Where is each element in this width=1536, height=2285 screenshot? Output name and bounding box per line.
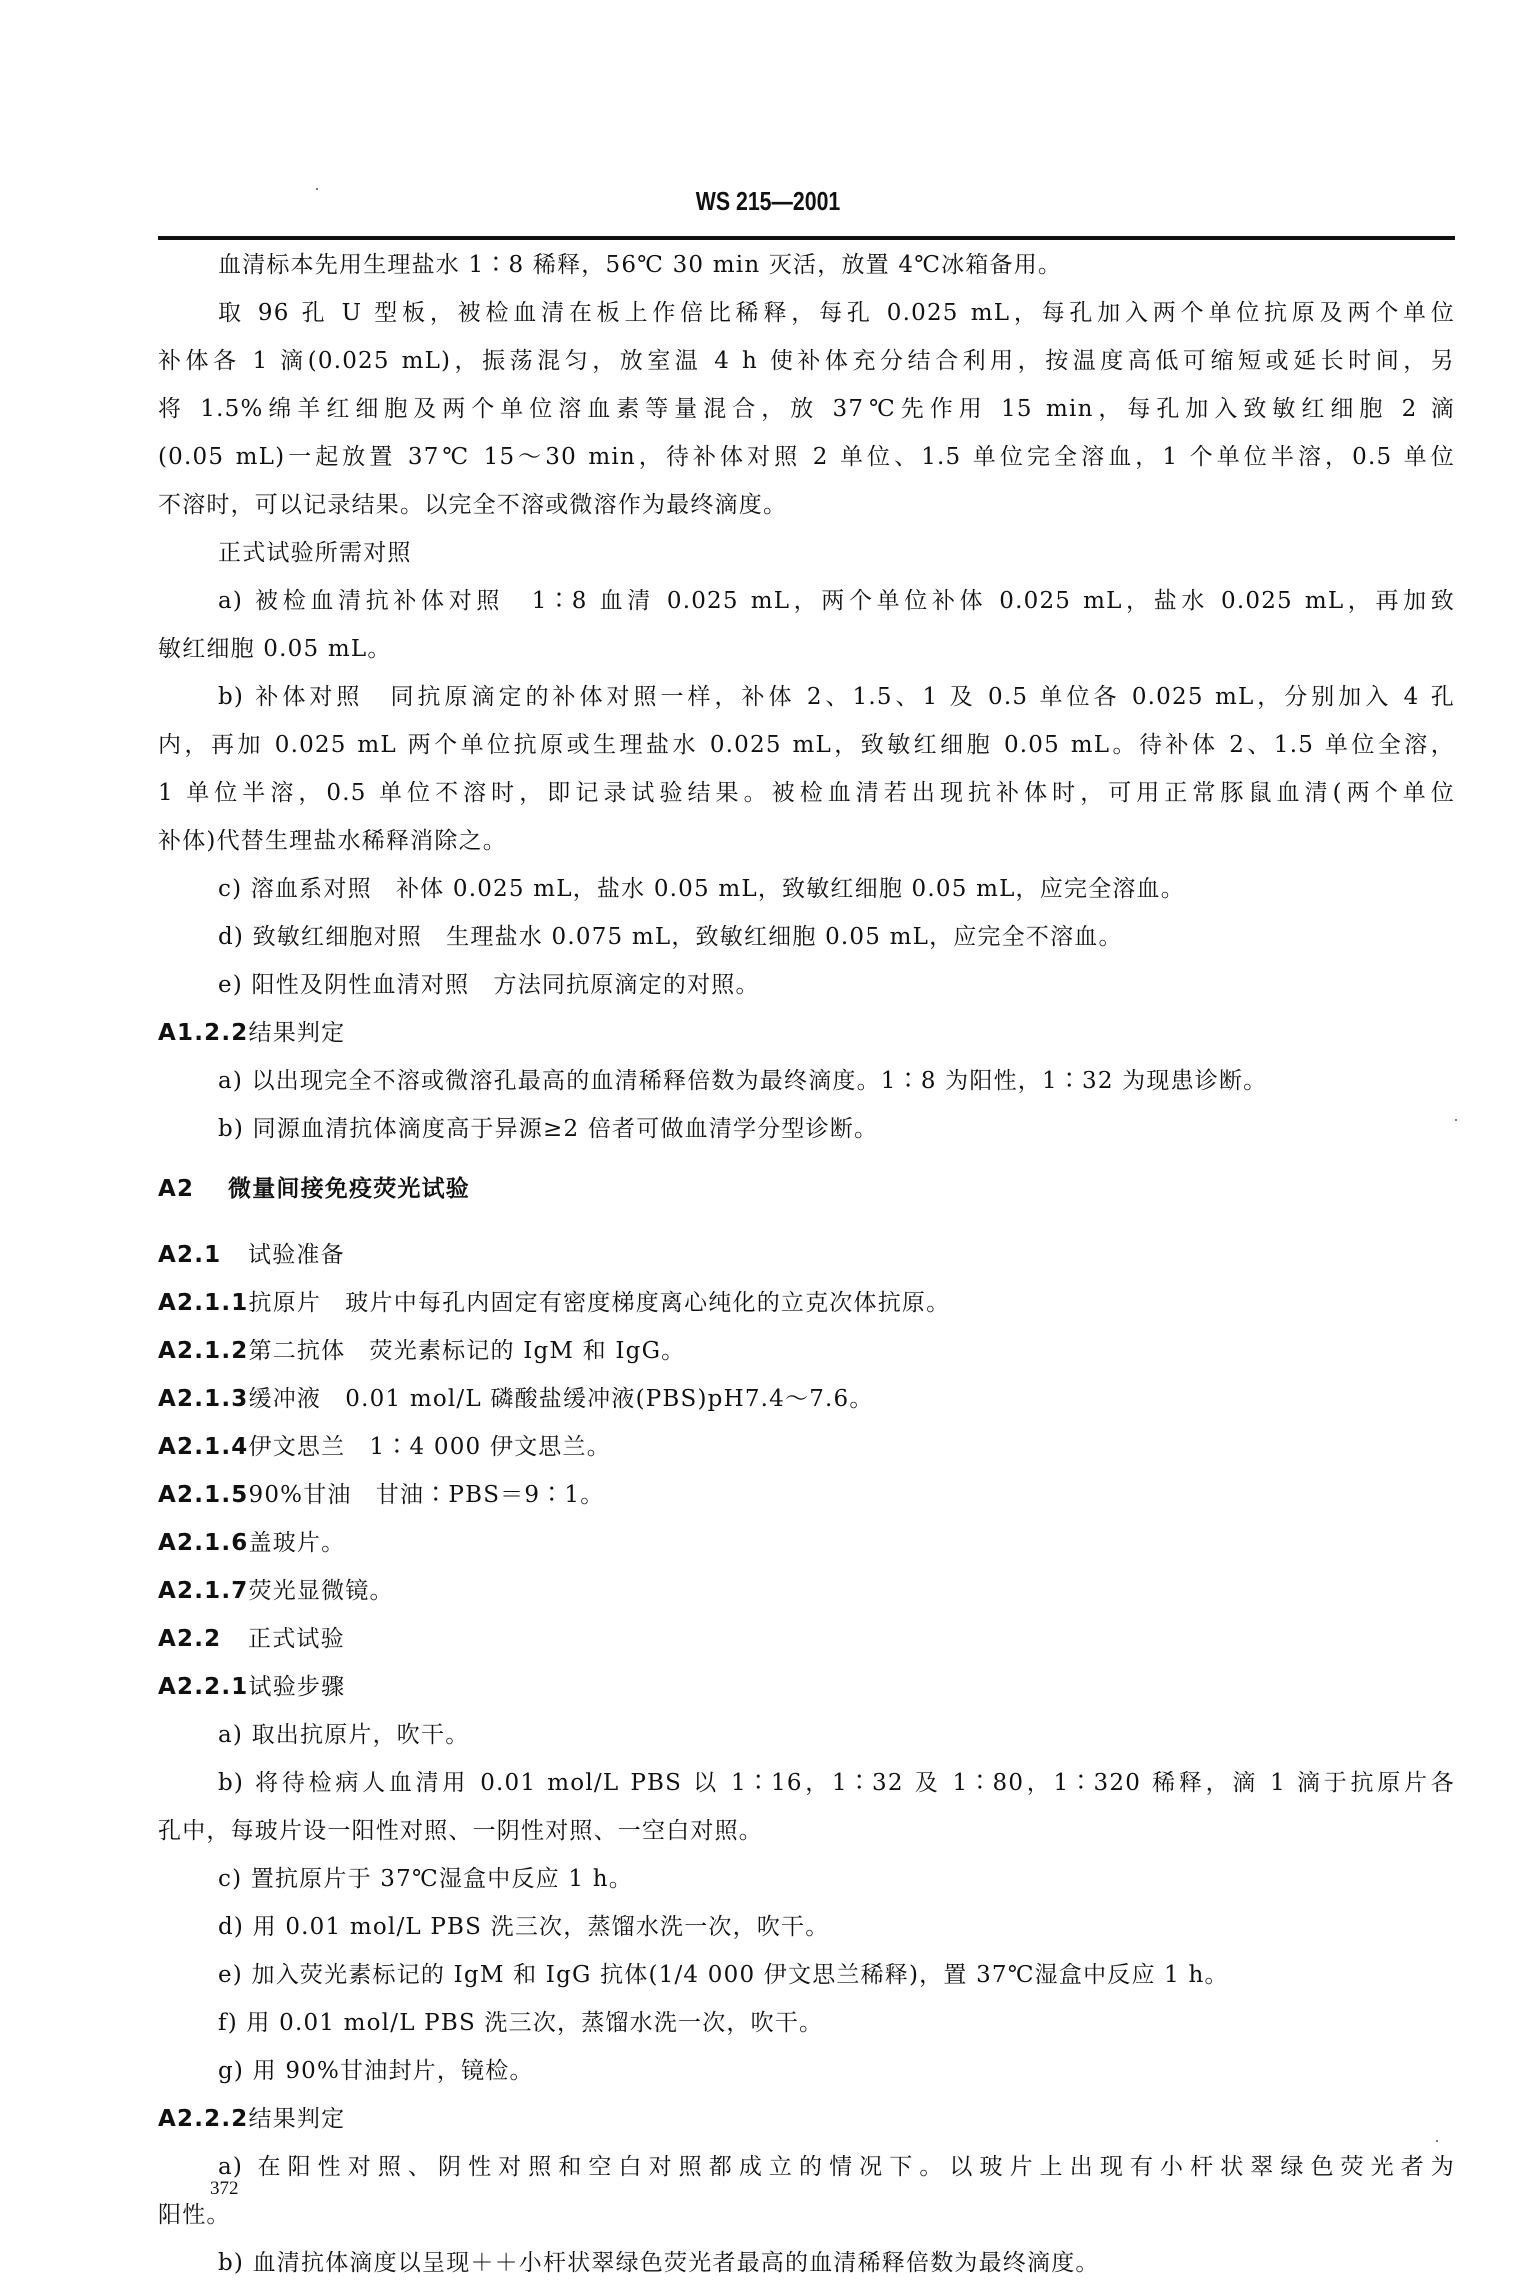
section-a2-1-heading: A2.1试验准备 bbox=[158, 1240, 1455, 1270]
result-a2-a-line-2: 阳性。 bbox=[158, 2200, 1455, 2230]
result-a1-b: b) 同源血清抗体滴度高于异源≥2 倍者可做血清学分型诊断。 bbox=[218, 1114, 1455, 1144]
section-number: A2.1 bbox=[158, 1240, 248, 1270]
section-a2-1-6: A2.1.6盖玻片。 bbox=[158, 1528, 1455, 1558]
step-e: e) 加入荧光素标记的 IgM 和 IgG 抗体(1/4 000 伊文思兰稀释)… bbox=[218, 1960, 1455, 1990]
paragraph-plate-procedure-line-1: 取 96 孔 U 型板，被检血清在板上作倍比稀释，每孔 0.025 mL，每孔加… bbox=[218, 298, 1455, 328]
section-number: A2.1.1 bbox=[158, 1288, 249, 1318]
section-a2-1-3: A2.1.3缓冲液 0.01 mol/L 磷酸盐缓冲液(PBS)pH7.4～7.… bbox=[158, 1384, 1455, 1414]
page-number: 372 bbox=[210, 2178, 239, 2200]
section-number: A2.1.5 bbox=[158, 1480, 249, 1510]
section-number: A2.2.2 bbox=[158, 2104, 249, 2134]
control-b-line-2: 内，再加 0.025 mL 两个单位抗原或生理盐水 0.025 mL，致敏红细胞… bbox=[158, 730, 1455, 760]
section-a2-2-2-heading: A2.2.2结果判定 bbox=[158, 2104, 1455, 2134]
section-text: 抗原片 玻片中每孔内固定有密度梯度离心纯化的立克次体抗原。 bbox=[249, 1290, 951, 1316]
scan-speck bbox=[316, 188, 318, 190]
control-b-line-3: 1 单位半溶，0.5 单位不溶时，即记录试验结果。被检血清若出现抗补体时，可用正… bbox=[158, 778, 1455, 808]
section-a2-1-1: A2.1.1抗原片 玻片中每孔内固定有密度梯度离心纯化的立克次体抗原。 bbox=[158, 1288, 1455, 1318]
step-c: c) 置抗原片于 37℃湿盒中反应 1 h。 bbox=[218, 1864, 1455, 1894]
section-a2-1-5: A2.1.590%甘油 甘油∶PBS＝9∶1。 bbox=[158, 1480, 1455, 1510]
section-number: A1.2.2 bbox=[158, 1018, 249, 1048]
paragraph-serum-prep: 血清标本先用生理盐水 1∶8 稀释，56℃ 30 min 灭活，放置 4℃冰箱备… bbox=[218, 250, 1455, 280]
control-a-line-1: a) 被检血清抗补体对照 1∶8 血清 0.025 mL，两个单位补体 0.02… bbox=[218, 586, 1455, 616]
step-b-line-1: b) 将待检病人血清用 0.01 mol/L PBS 以 1∶16，1∶32 及… bbox=[218, 1768, 1455, 1798]
step-g: g) 用 90%甘油封片，镜检。 bbox=[218, 2056, 1455, 2086]
section-title: 正式试验 bbox=[248, 1626, 345, 1652]
header-rule-divider bbox=[158, 236, 1455, 240]
section-number: A2.1.7 bbox=[158, 1576, 249, 1606]
section-title: 试验步骤 bbox=[249, 1674, 346, 1700]
section-number: A2.1.4 bbox=[158, 1432, 249, 1462]
section-title: 试验准备 bbox=[248, 1242, 345, 1268]
section-a2-2-heading: A2.2正式试验 bbox=[158, 1624, 1455, 1654]
paragraph-plate-procedure-line-2: 补体各 1 滴(0.025 mL)，振荡混匀，放室温 4 h 使补体充分结合利用… bbox=[158, 346, 1455, 376]
section-text: 缓冲液 0.01 mol/L 磷酸盐缓冲液(PBS)pH7.4～7.6。 bbox=[249, 1386, 874, 1412]
controls-heading: 正式试验所需对照 bbox=[218, 538, 1455, 568]
result-a2-a-line-1: a) 在阳性对照、阴性对照和空白对照都成立的情况下。以玻片上出现有小杆状翠绿色荧… bbox=[218, 2152, 1455, 2182]
result-a2-b: b) 血清抗体滴度以呈现＋＋小杆状翠绿色荧光者最高的血清稀释倍数为最终滴度。 bbox=[218, 2248, 1455, 2278]
control-d: d) 致敏红细胞对照 生理盐水 0.075 mL，致敏红细胞 0.05 mL，应… bbox=[218, 922, 1455, 952]
result-a1-a: a) 以出现完全不溶或微溶孔最高的血清稀释倍数为最终滴度。1∶8 为阳性，1∶3… bbox=[218, 1066, 1455, 1096]
section-number: A2.1.2 bbox=[158, 1336, 249, 1366]
section-number: A2.1.6 bbox=[158, 1528, 249, 1558]
paragraph-plate-procedure-line-3: 将 1.5%绵羊红细胞及两个单位溶血素等量混合，放 37℃先作用 15 min，… bbox=[158, 394, 1455, 424]
section-a2-1-4: A2.1.4伊文思兰 1∶4 000 伊文思兰。 bbox=[158, 1432, 1455, 1462]
section-a2-1-2: A2.1.2第二抗体 荧光素标记的 IgM 和 IgG。 bbox=[158, 1336, 1455, 1366]
paragraph-plate-procedure-line-4: (0.05 mL)一起放置 37℃ 15～30 min，待补体对照 2 单位、1… bbox=[158, 442, 1455, 472]
control-b-line-4: 补体)代替生理盐水稀释消除之。 bbox=[158, 826, 1455, 856]
section-text: 荧光显微镜。 bbox=[249, 1578, 394, 1604]
control-b-line-1: b) 补体对照 同抗原滴定的补体对照一样，补体 2、1.5、1 及 0.5 单位… bbox=[218, 682, 1455, 712]
scan-speck bbox=[1455, 1119, 1457, 1121]
section-title: 结果判定 bbox=[249, 1020, 346, 1046]
section-number: A2.1.3 bbox=[158, 1384, 249, 1414]
section-text: 盖玻片。 bbox=[249, 1530, 346, 1556]
control-c: c) 溶血系对照 补体 0.025 mL，盐水 0.05 mL，致敏红细胞 0.… bbox=[218, 874, 1455, 904]
section-a2-1-7: A2.1.7荧光显微镜。 bbox=[158, 1576, 1455, 1606]
section-text: 90%甘油 甘油∶PBS＝9∶1。 bbox=[249, 1482, 605, 1508]
section-number: A2 bbox=[158, 1174, 228, 1204]
section-title: 微量间接免疫荧光试验 bbox=[228, 1176, 470, 1202]
scan-speck bbox=[1436, 2140, 1438, 2142]
step-d: d) 用 0.01 mol/L PBS 洗三次，蒸馏水洗一次，吹干。 bbox=[218, 1912, 1455, 1942]
step-a: a) 取出抗原片，吹干。 bbox=[218, 1720, 1455, 1750]
step-f: f) 用 0.01 mol/L PBS 洗三次，蒸馏水洗一次，吹干。 bbox=[218, 2008, 1455, 2038]
section-number: A2.2 bbox=[158, 1624, 248, 1654]
document-page: WS 215—2001 血清标本先用生理盐水 1∶8 稀释，56℃ 30 min… bbox=[0, 0, 1536, 2285]
control-a-line-2: 敏红细胞 0.05 mL。 bbox=[158, 634, 1455, 664]
section-a1-2-2-heading: A1.2.2结果判定 bbox=[158, 1018, 1455, 1048]
section-text: 第二抗体 荧光素标记的 IgM 和 IgG。 bbox=[249, 1338, 686, 1364]
step-b-line-2: 孔中，每玻片设一阳性对照、一阴性对照、一空白对照。 bbox=[158, 1816, 1455, 1846]
section-number: A2.2.1 bbox=[158, 1672, 249, 1702]
section-text: 伊文思兰 1∶4 000 伊文思兰。 bbox=[249, 1434, 611, 1460]
section-a2-heading: A2微量间接免疫荧光试验 bbox=[158, 1174, 1455, 1204]
paragraph-plate-procedure-line-5: 不溶时，可以记录结果。以完全不溶或微溶作为最终滴度。 bbox=[158, 490, 1455, 520]
control-e: e) 阳性及阴性血清对照 方法同抗原滴定的对照。 bbox=[218, 970, 1455, 1000]
section-a2-2-1-heading: A2.2.1试验步骤 bbox=[158, 1672, 1455, 1702]
standard-code-header: WS 215—2001 bbox=[138, 186, 1398, 217]
section-title: 结果判定 bbox=[249, 2106, 346, 2132]
